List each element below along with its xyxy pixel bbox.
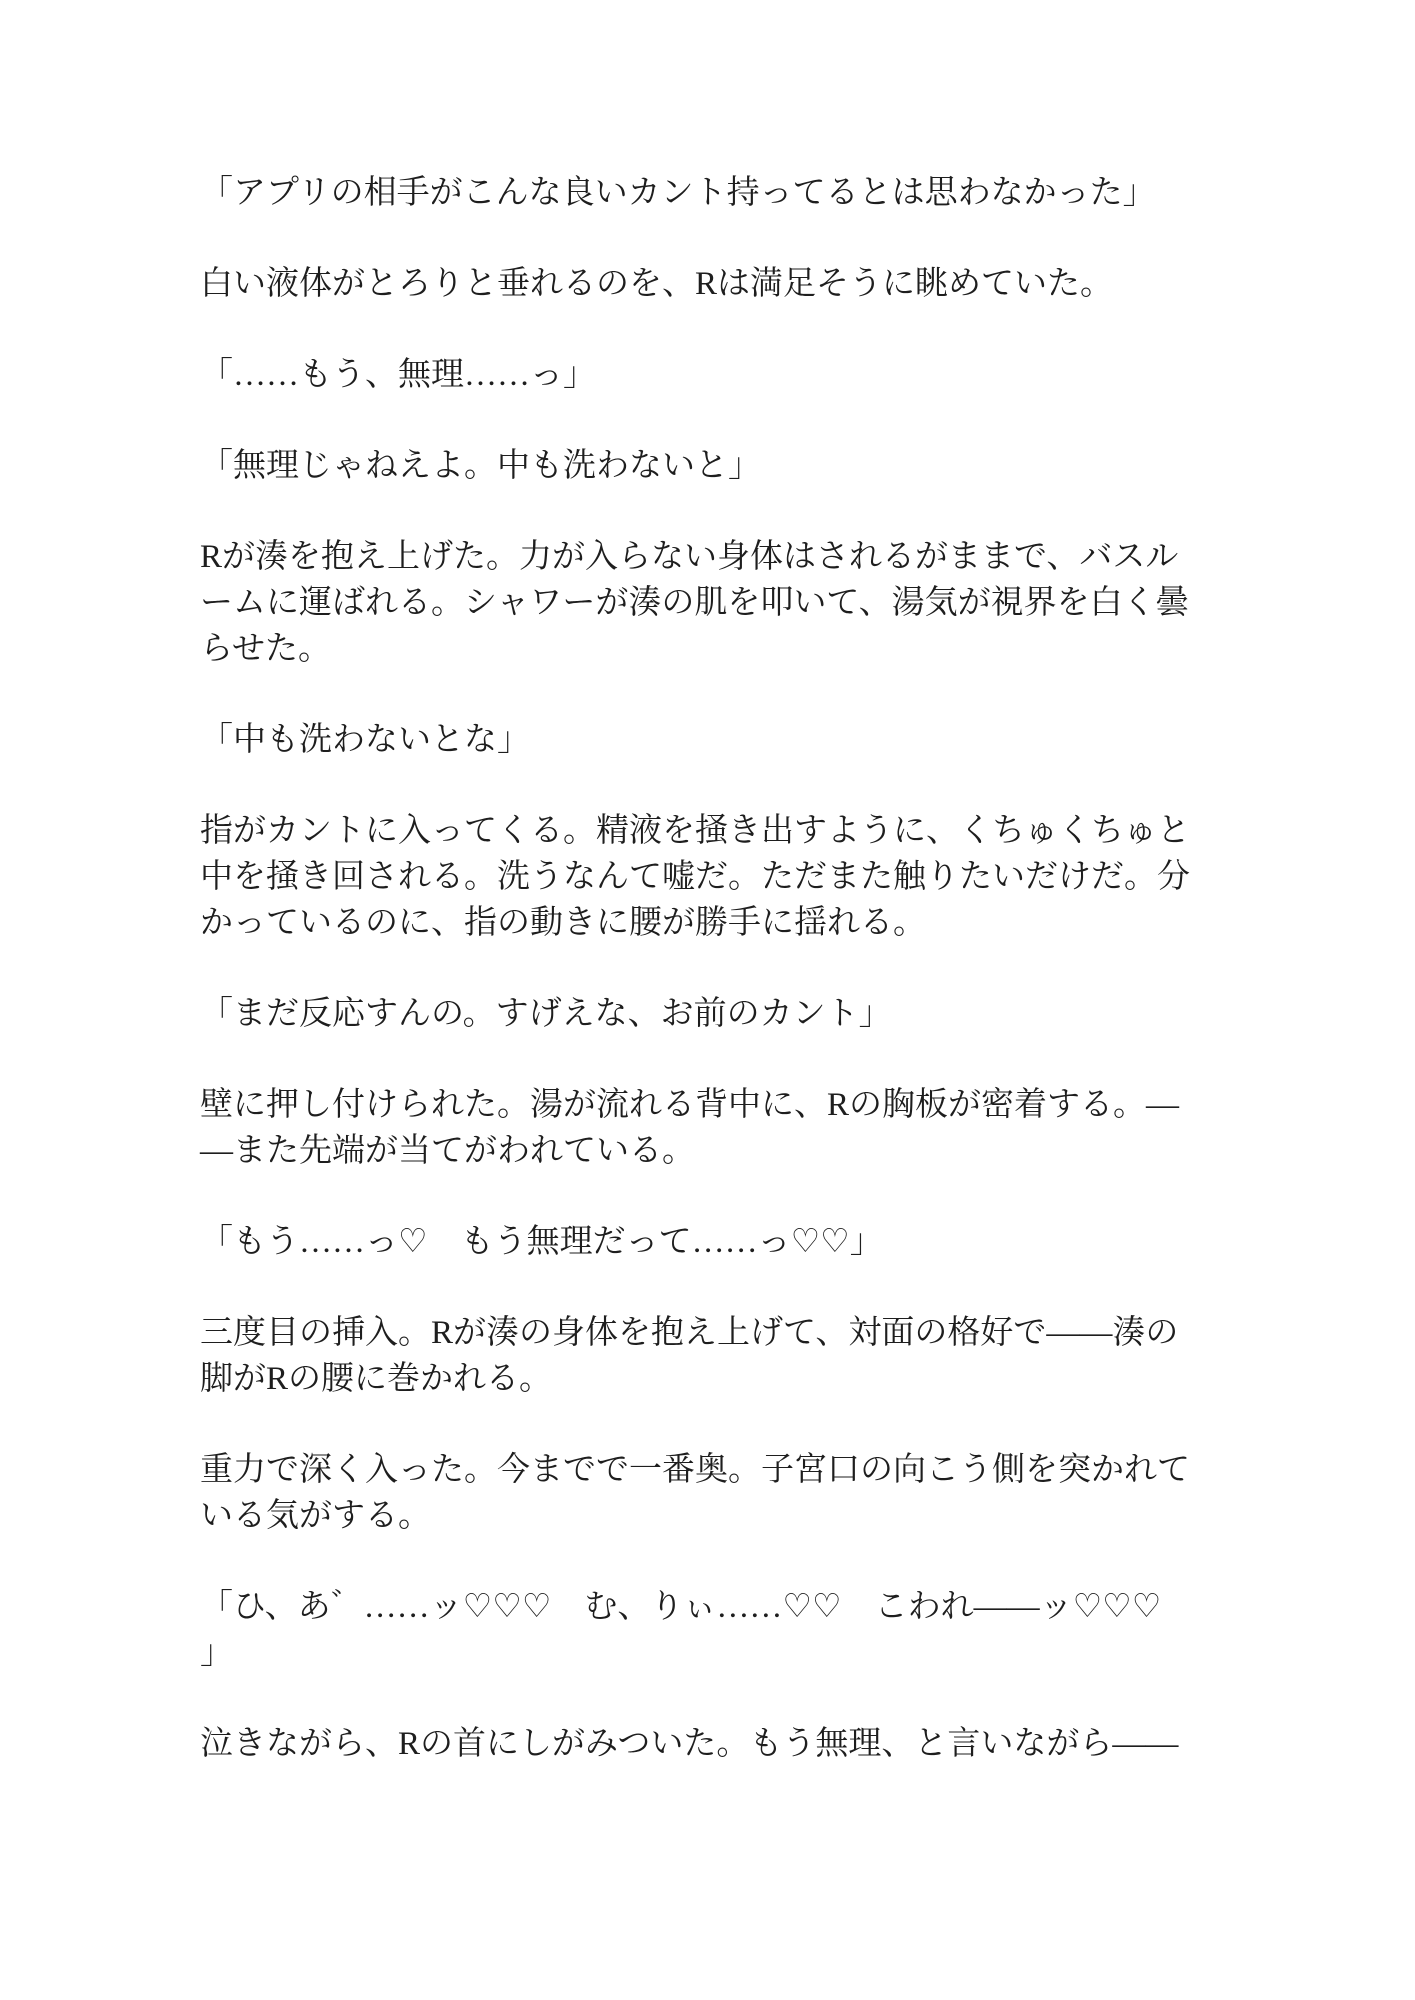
paragraph-narration-9: 壁に押し付けられた。湯が流れる背中に、Rの胸板が密着する。― ―また先端が当てが… bbox=[200, 1082, 1215, 1174]
paragraph-dialogue-1: 「アプリの相手がこんな良いカント持ってるとは思わなかった」 bbox=[200, 170, 1215, 216]
paragraph-narration-14: 泣きながら、Rの首にしがみついた。もう無理、と言いながら―― bbox=[200, 1721, 1215, 1767]
paragraph-dialogue-8: 「まだ反応すんの。すげえな、お前のカント」 bbox=[200, 991, 1215, 1037]
paragraph-narration-11: 三度目の挿入。Rが湊の身体を抱え上げて、対面の格好で――湊の 脚がRの腰に巻かれ… bbox=[200, 1310, 1215, 1402]
paragraph-dialogue-13: 「ひ、あ゛……ッ♡♡♡ む、りぃ……♡♡ こわれ――ッ♡♡♡ 」 bbox=[200, 1584, 1215, 1676]
novel-page: 「アプリの相手がこんな良いカント持ってるとは思わなかった」 白い液体がとろりと垂… bbox=[0, 0, 1415, 2000]
paragraph-dialogue-6: 「中も洗わないとな」 bbox=[200, 717, 1215, 763]
paragraph-narration-2: 白い液体がとろりと垂れるのを、Rは満足そうに眺めていた。 bbox=[200, 261, 1215, 307]
paragraph-dialogue-10: 「もう……っ♡ もう無理だって……っ♡♡」 bbox=[200, 1219, 1215, 1265]
paragraph-dialogue-3: 「……もう、無理……っ」 bbox=[200, 352, 1215, 398]
paragraph-narration-7: 指がカントに入ってくる。精液を掻き出すように、くちゅくちゅと 中を掻き回される。… bbox=[200, 808, 1215, 946]
paragraph-narration-5: Rが湊を抱え上げた。力が入らない身体はされるがままで、バスル ームに運ばれる。シ… bbox=[200, 534, 1215, 672]
paragraph-narration-12: 重力で深く入った。今までで一番奥。子宮口の向こう側を突かれて いる気がする。 bbox=[200, 1447, 1215, 1539]
paragraph-dialogue-4: 「無理じゃねえよ。中も洗わないと」 bbox=[200, 443, 1215, 489]
